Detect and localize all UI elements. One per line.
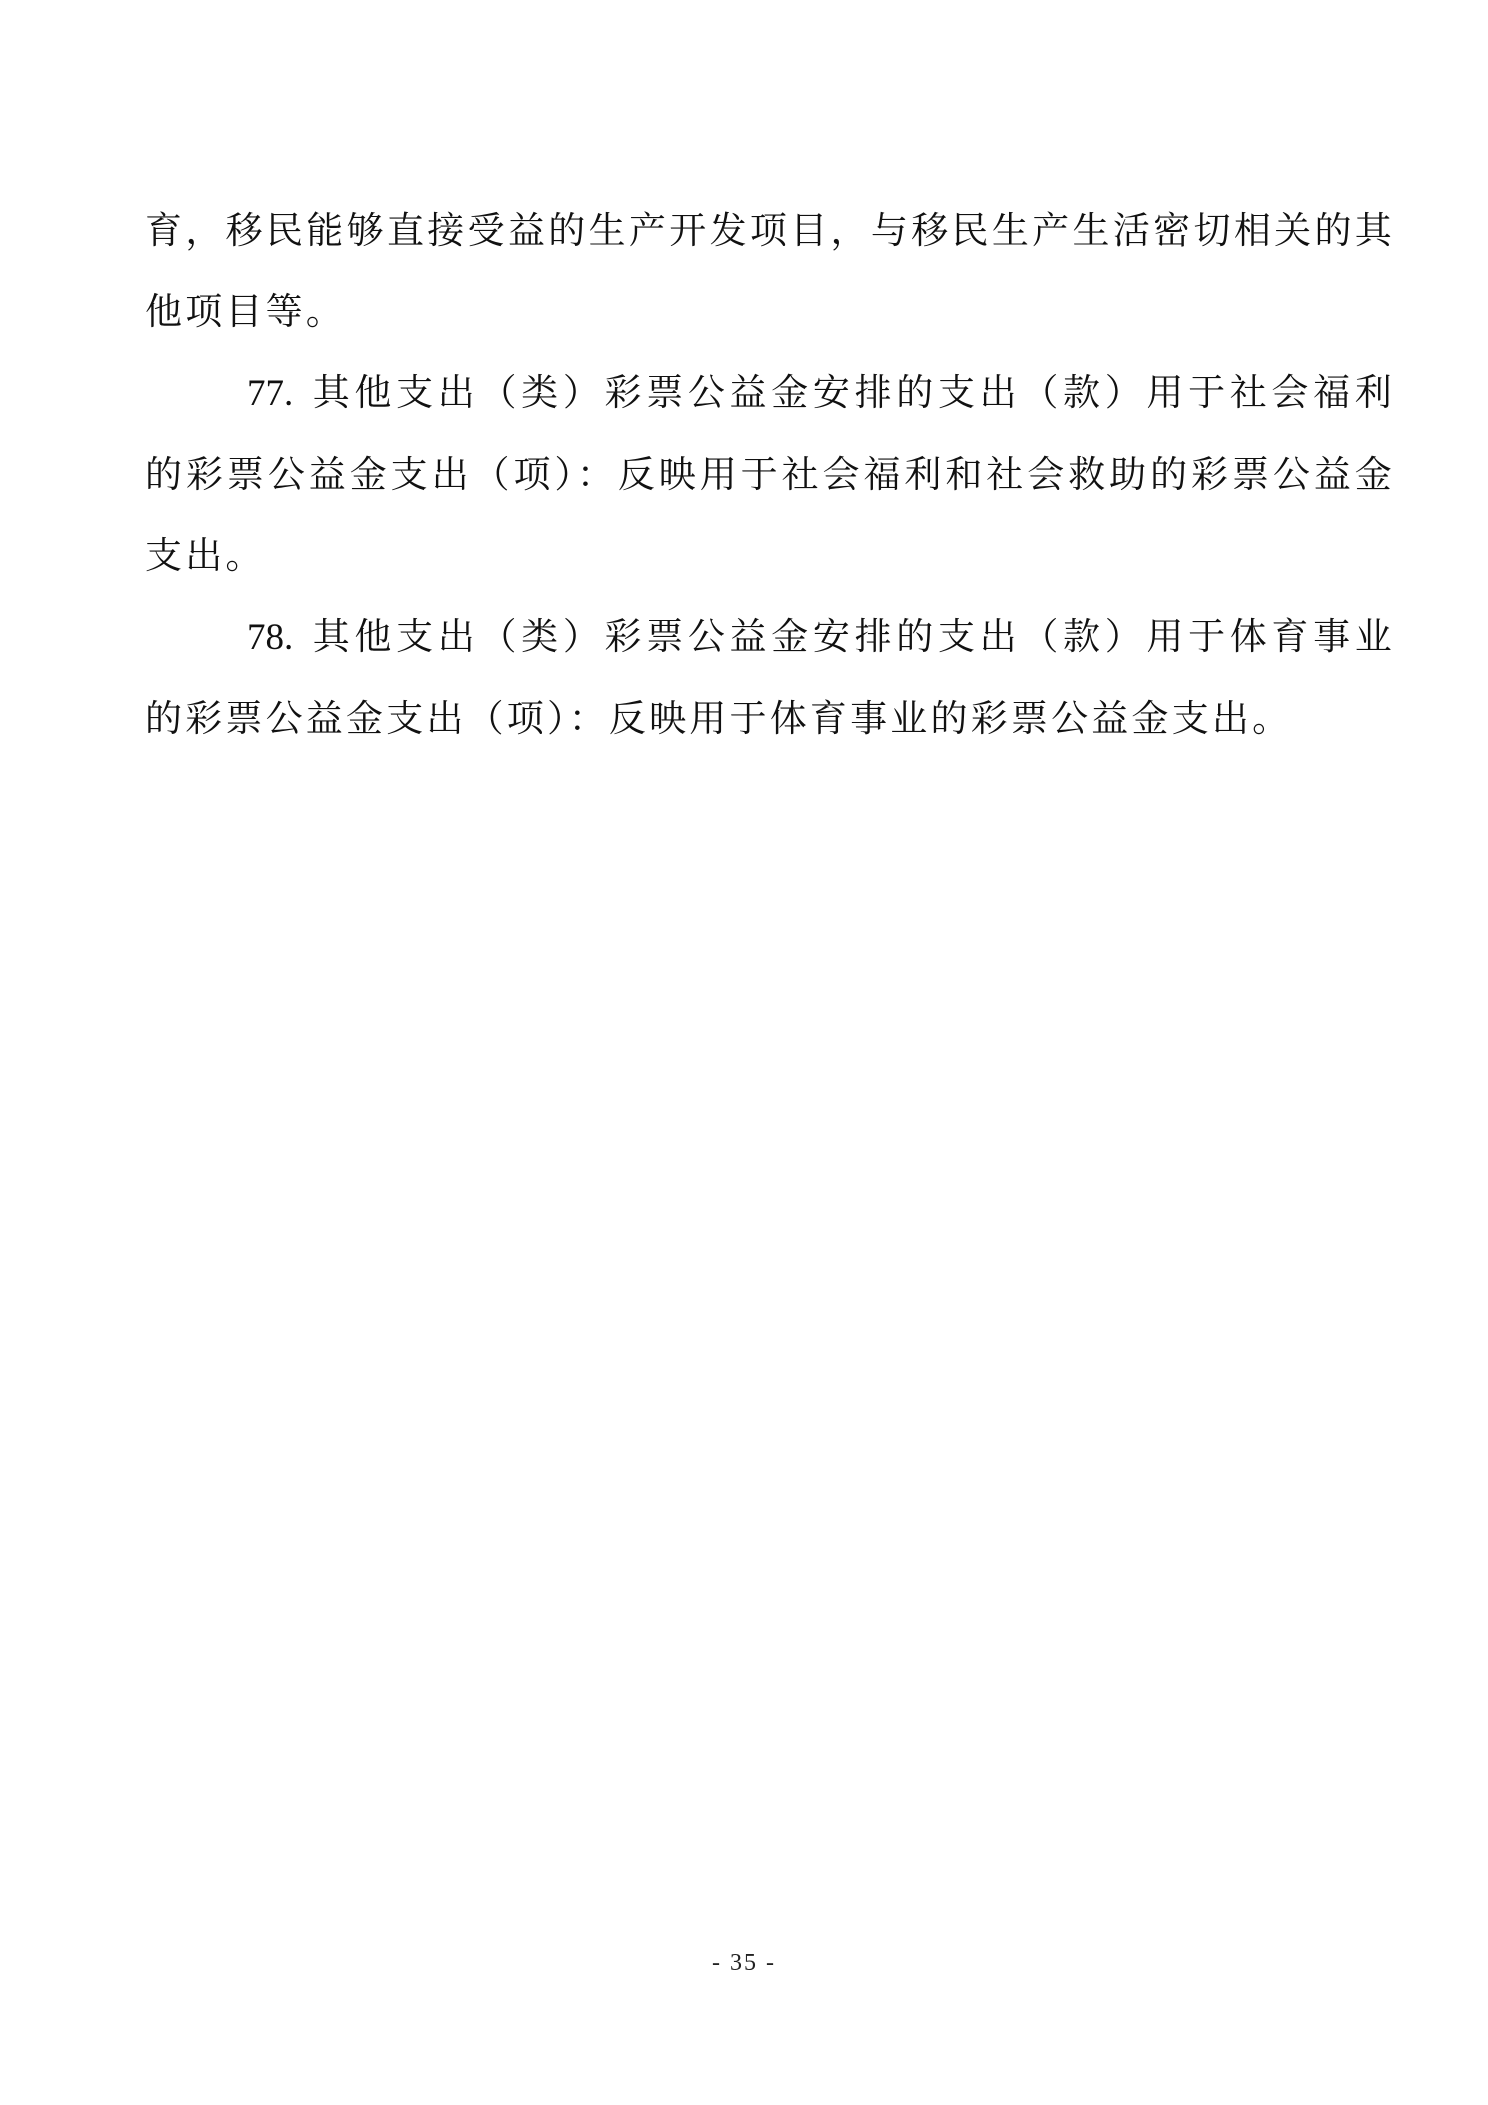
document-body: 育，移民能够直接受益的生产开发项目，与移民生产生活密切相关的其他项目等。 77.… xyxy=(145,190,1395,759)
paragraph-text: 其他支出（类）彩票公益金安排的支出（款）用于体育事业的彩票公益金支出（项）：反映… xyxy=(145,615,1395,740)
paragraph-text: 其他支出（类）彩票公益金安排的支出（款）用于社会福利的彩票公益金支出（项）：反映… xyxy=(145,371,1395,577)
item-number: 78. xyxy=(247,617,293,658)
page-number: - 35 - xyxy=(0,1950,1488,1977)
paragraph-text: 育，移民能够直接受益的生产开发项目，与移民生产生活密切相关的其他项目等。 xyxy=(145,209,1395,333)
paragraph-item-77: 77.其他支出（类）彩票公益金安排的支出（款）用于社会福利的彩票公益金支出（项）… xyxy=(145,352,1395,596)
paragraph-item-78: 78.其他支出（类）彩票公益金安排的支出（款）用于体育事业的彩票公益金支出（项）… xyxy=(145,596,1395,759)
item-number: 77. xyxy=(247,373,293,414)
paragraph-continuation: 育，移民能够直接受益的生产开发项目，与移民生产生活密切相关的其他项目等。 xyxy=(145,190,1395,352)
document-page: 育，移民能够直接受益的生产开发项目，与移民生产生活密切相关的其他项目等。 77.… xyxy=(0,0,1488,2105)
